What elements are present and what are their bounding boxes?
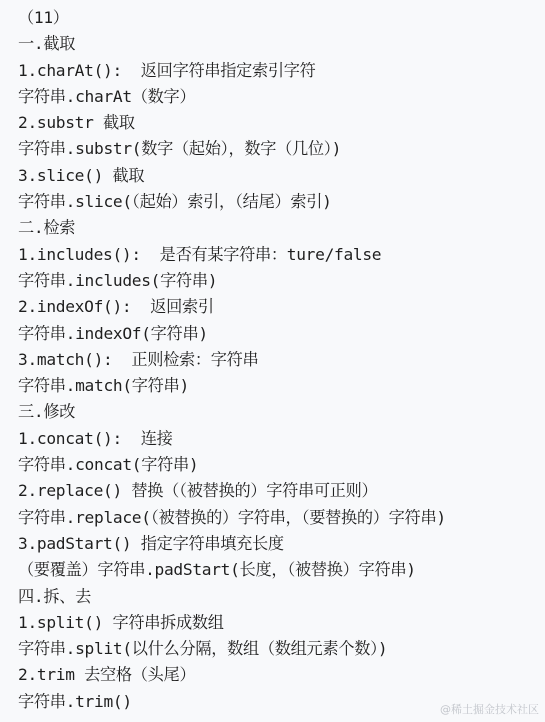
item-substr: 2.substr 截取 xyxy=(18,110,545,136)
usage-indexof: 字符串.indexOf(字符串) xyxy=(18,321,545,347)
item-trim: 2.trim 去空格（头尾） xyxy=(18,662,545,688)
heading-search: 二.检索 xyxy=(18,215,545,241)
item-concat: 1.concat(): 连接 xyxy=(18,426,545,452)
item-slice: 3.slice() 截取 xyxy=(18,163,545,189)
usage-padstart: （要覆盖）字符串.padStart(长度，（被替换）字符串) xyxy=(18,557,545,583)
document-body: （11） 一.截取 1.charAt(): 返回字符串指定索引字符 字符串.ch… xyxy=(18,5,545,715)
usage-slice: 字符串.slice(（起始）索引，（结尾）索引) xyxy=(18,189,545,215)
usage-split: 字符串.split(以什么分隔，数组（数组元素个数）) xyxy=(18,636,545,662)
usage-substr: 字符串.substr(数字（起始），数字（几位）) xyxy=(18,136,545,162)
heading-modify: 三.修改 xyxy=(18,399,545,425)
item-match: 3.match(): 正则检索：字符串 xyxy=(18,347,545,373)
item-charat: 1.charAt(): 返回字符串指定索引字符 xyxy=(18,58,545,84)
section-number: （11） xyxy=(18,5,545,31)
usage-charat: 字符串.charAt（数字） xyxy=(18,84,545,110)
usage-concat: 字符串.concat(字符串) xyxy=(18,452,545,478)
item-indexof: 2.indexOf(): 返回索引 xyxy=(18,294,545,320)
item-includes: 1.includes(): 是否有某字符串：ture/false xyxy=(18,242,545,268)
item-replace: 2.replace() 替换（（被替换的）字符串可正则） xyxy=(18,478,545,504)
heading-extract: 一.截取 xyxy=(18,31,545,57)
usage-match: 字符串.match(字符串) xyxy=(18,373,545,399)
usage-replace: 字符串.replace(（被替换的）字符串，（要替换的）字符串) xyxy=(18,505,545,531)
heading-split-trim: 四.拆、去 xyxy=(18,584,545,610)
watermark: @稀土掘金技术社区 xyxy=(440,701,539,717)
usage-includes: 字符串.includes(字符串) xyxy=(18,268,545,294)
item-padstart: 3.padStart() 指定字符串填充长度 xyxy=(18,531,545,557)
item-split: 1.split() 字符串拆成数组 xyxy=(18,610,545,636)
